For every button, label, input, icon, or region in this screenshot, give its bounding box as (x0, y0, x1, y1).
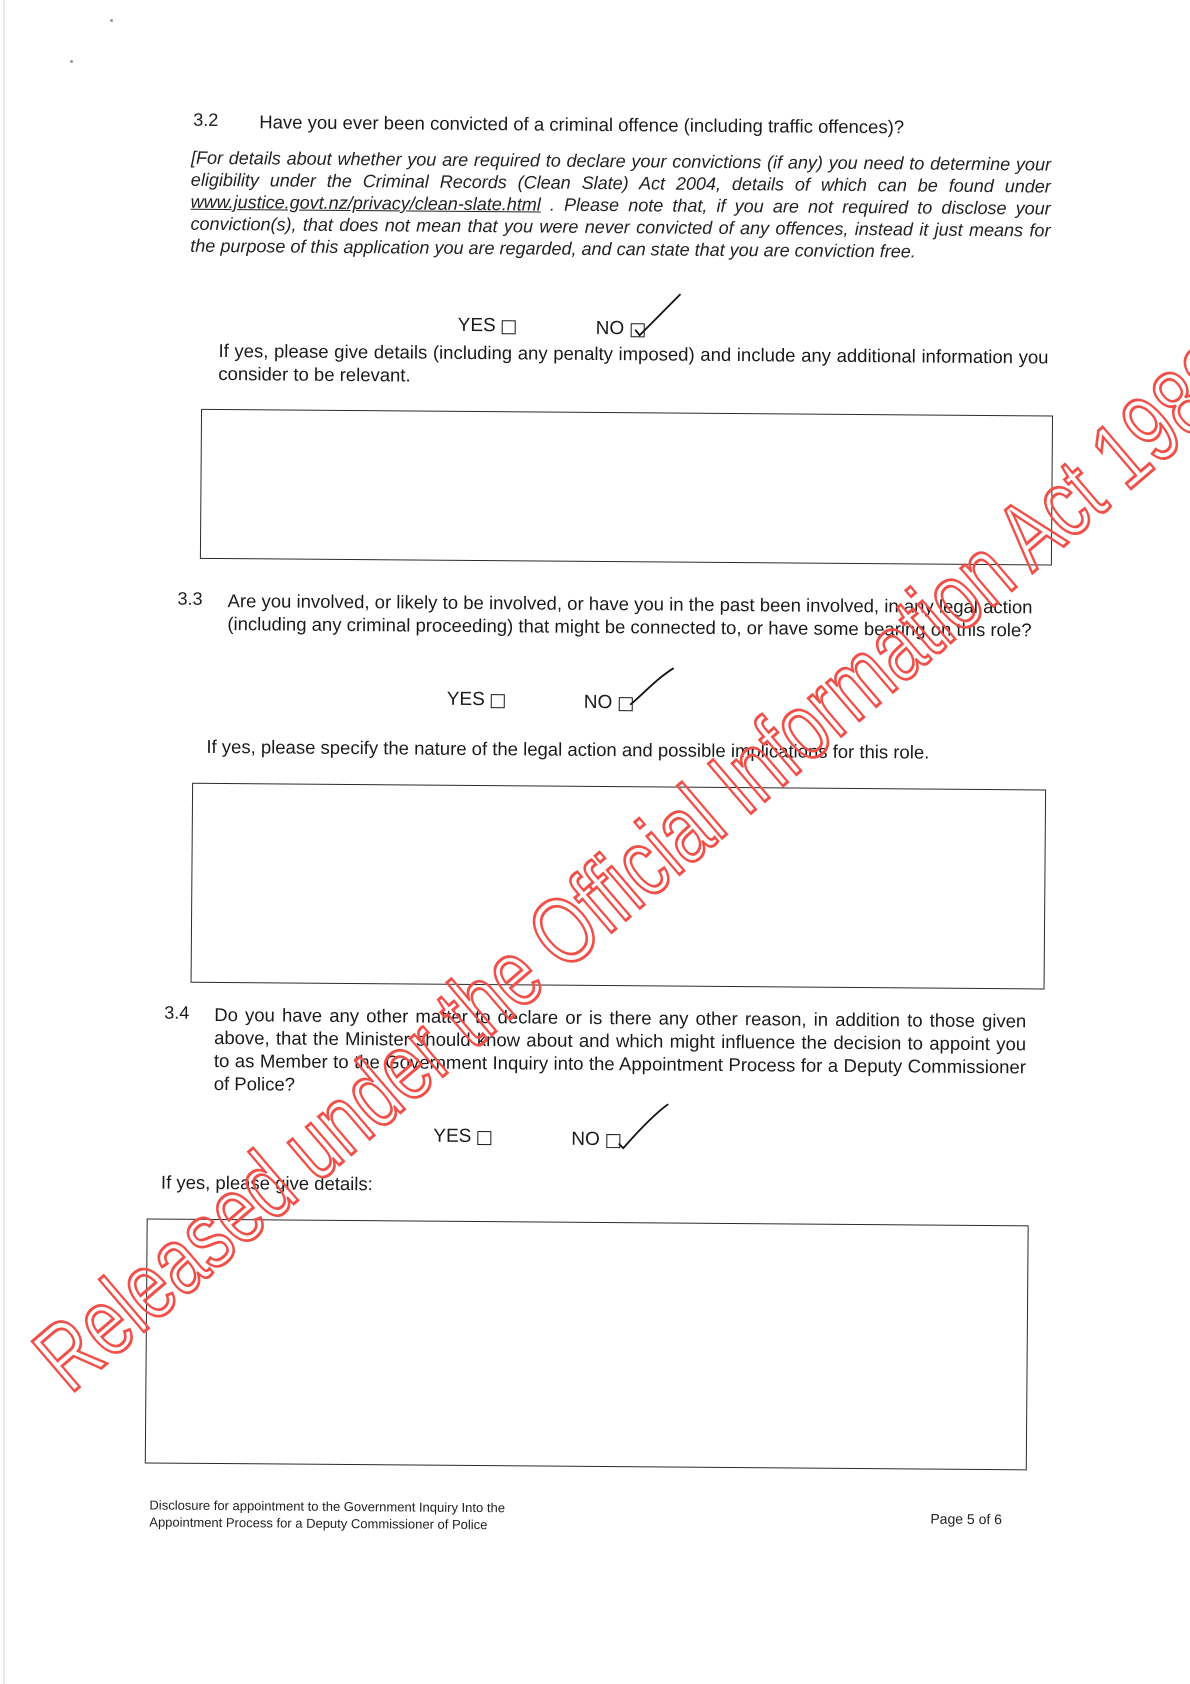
yes-option[interactable]: YES (447, 689, 505, 711)
yes-option[interactable]: YES (458, 315, 516, 337)
yes-label: YES (433, 1126, 471, 1148)
footer-line: Appointment Process for a Deputy Commiss… (149, 1513, 629, 1534)
question-text: Are you involved, or likely to be involv… (227, 589, 1032, 641)
details-field[interactable] (145, 1218, 1029, 1470)
handwritten-tick-icon (624, 290, 684, 340)
yes-checkbox[interactable] (502, 320, 516, 334)
question-text: Do you have any other matter to declare … (214, 1003, 1027, 1101)
no-label: NO (584, 692, 613, 714)
followup-text: If yes, please give details (including a… (218, 339, 1048, 392)
details-field[interactable] (191, 783, 1047, 990)
question-number: 3.3 (177, 589, 202, 610)
details-field[interactable] (200, 409, 1053, 566)
yes-option[interactable]: YES (433, 1126, 491, 1148)
followup-text: If yes, please give details: (161, 1171, 561, 1197)
no-label: NO (596, 318, 625, 340)
document-page: 3.2 Have you ever been convicted of a cr… (0, 0, 1190, 1684)
yes-label: YES (447, 689, 485, 711)
clean-slate-link[interactable]: www.justice.govt.nz/privacy/clean-slate.… (191, 192, 541, 215)
note-text: [For details about whether you are requi… (191, 148, 1051, 197)
followup-text: If yes, please specify the nature of the… (206, 735, 1036, 765)
yes-checkbox[interactable] (477, 1131, 491, 1145)
clean-slate-note: [For details about whether you are requi… (190, 147, 1051, 264)
no-label: NO (571, 1129, 600, 1151)
yes-label: YES (458, 315, 496, 337)
question-text: Have you ever been convicted of a crimin… (259, 110, 999, 139)
footer-title: Disclosure for appointment to the Govern… (149, 1496, 629, 1534)
handwritten-tick-icon (619, 664, 679, 714)
yes-checkbox[interactable] (491, 694, 505, 708)
question-number: 3.4 (164, 1003, 189, 1024)
handwritten-tick-icon (607, 1100, 671, 1153)
page-number: Page 5 of 6 (930, 1511, 1002, 1528)
question-number: 3.2 (193, 110, 218, 131)
